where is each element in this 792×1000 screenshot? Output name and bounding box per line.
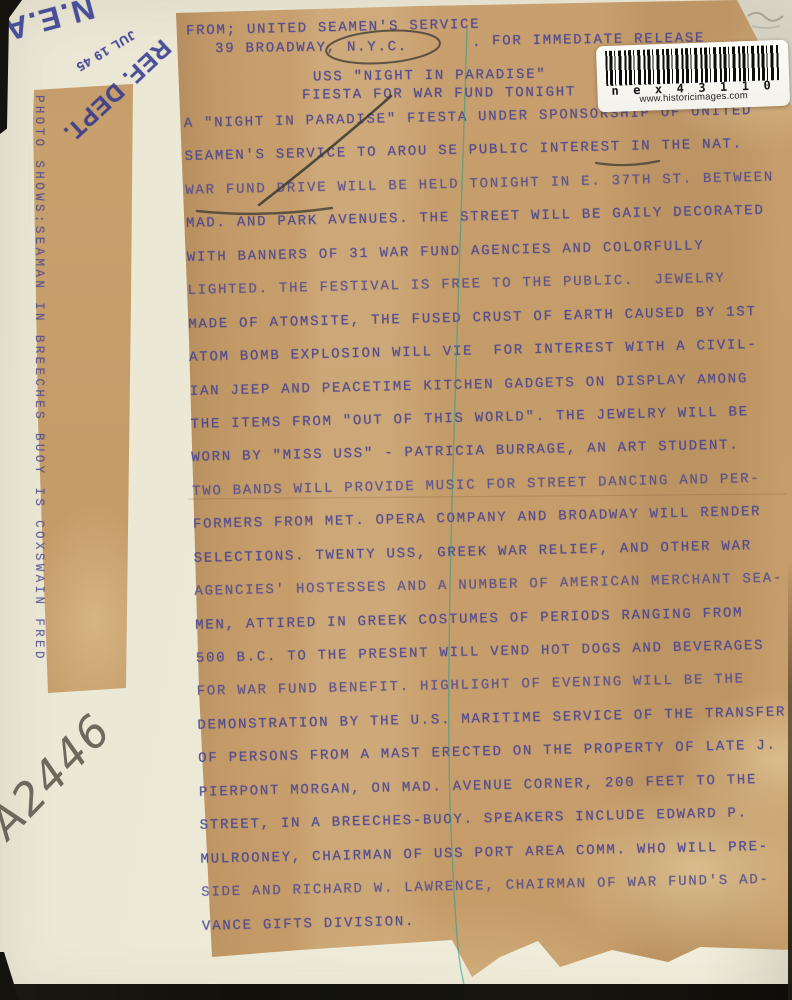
caption-line-1: PHOTO SHOWS:SEAMAN IN BREECHES BUOY IS C… [19,95,59,695]
typewritten-body: A "NIGHT IN PARADISE" FIESTA UNDER SPONS… [184,102,792,951]
scan-edge-bottom [0,984,792,1000]
header-separator-dot: · [472,38,482,54]
header-address-line: 39 BROADWAY, N.Y.C. [215,39,408,57]
photo-verso-scan: FROM; UNITED SEAMEN'S SERVICE 39 BROADWA… [0,0,792,1000]
title-line-1: USS "NIGHT IN PARADISE" [313,67,547,86]
scan-edge-right [788,560,792,1000]
barcode-sticker: nex43110 www.historicimages.com [596,40,790,113]
title-line-2: FIESTA FOR WAR FUND TONIGHT [302,84,576,103]
caption-strip-text: PHOTO SHOWS:SEAMAN IN BREECHES BUOY IS C… [0,95,139,695]
handwritten-photo-id: A2446 [0,704,122,849]
